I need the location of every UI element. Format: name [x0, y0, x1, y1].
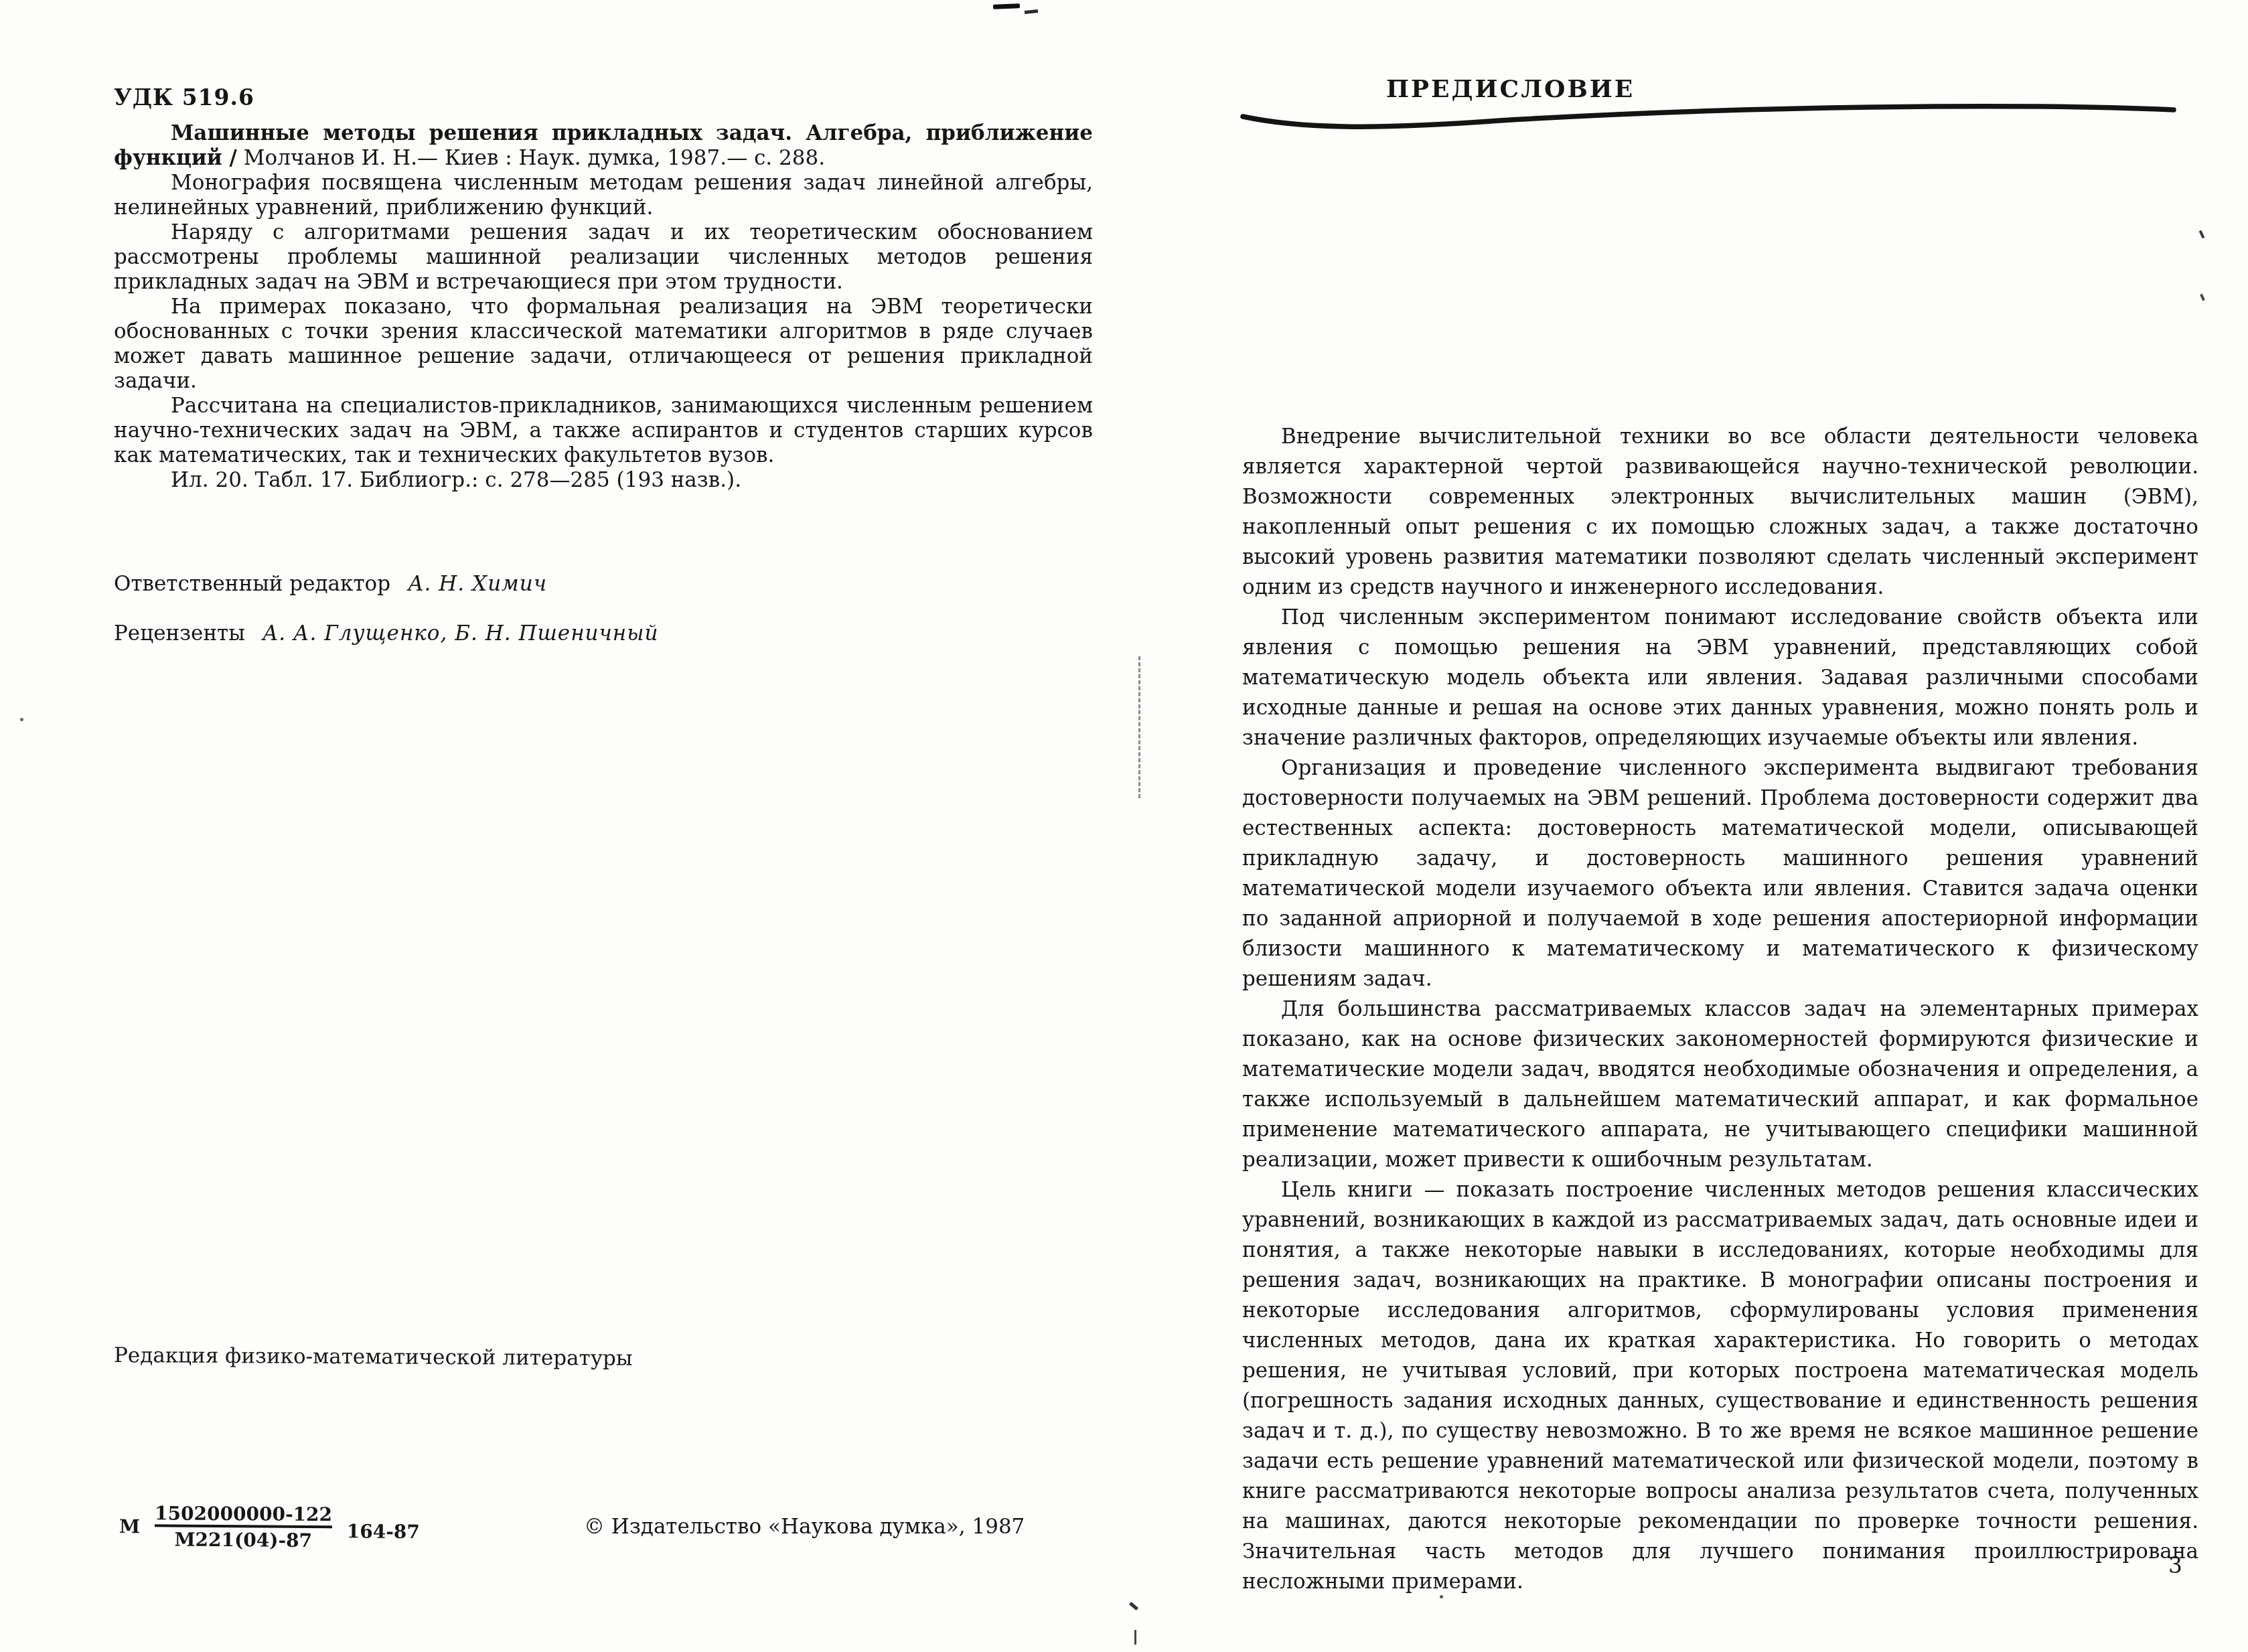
preface-paragraph: Под численным экспериментом понимают исс…: [1242, 603, 2198, 753]
scan-artifact-edge-tick: [2200, 294, 2205, 301]
imprint-fraction: 1502000000-122 М221(04)-87: [155, 1503, 332, 1552]
scan-artifact-gutter-mark: [1134, 1630, 1136, 1645]
bibliographic-record: Машинные методы решения прикладных задач…: [114, 121, 1093, 171]
annotation-paragraph: Рассчитана на специалистов-прикладников,…: [114, 394, 1093, 468]
bib-imprint-text: Молчанов И. Н.— Киев : Наук. думка, 1987…: [237, 146, 825, 170]
scan-artifact-speck: [1440, 1595, 1443, 1598]
imprint-index: М 1502000000-122 М221(04)-87 164-87: [119, 1503, 420, 1553]
bibliographic-block: Машинные методы решения прикладных задач…: [114, 121, 1093, 493]
preface-paragraph: Внедрение вычислительной техники во все …: [1242, 422, 2198, 603]
imprint-code: 164-87: [347, 1521, 420, 1544]
imprint-numerator: 1502000000-122: [155, 1503, 332, 1525]
scan-artifact-top-dash: [1025, 9, 1038, 14]
scan-artifact-top-dash: [993, 3, 1020, 9]
preface-paragraph: Организация и проведение численного эксп…: [1242, 753, 2198, 994]
preface-paragraph: Для большинства рассматриваемых классов …: [1242, 994, 2198, 1175]
imprint-letter: М: [119, 1515, 140, 1537]
scan-artifact-gutter-line: [1138, 656, 1140, 798]
reviewers-names: А. А. Глущенко, Б. Н. Пшеничный: [263, 621, 659, 646]
reviewers-label: Рецензенты: [114, 621, 245, 646]
reviewers-line: РецензентыА. А. Глущенко, Б. Н. Пшеничны…: [114, 621, 658, 646]
annotation-paragraph: Монография посвящена численным методам р…: [114, 171, 1093, 220]
annotation-paragraph: На примерах показано, что формальная реа…: [114, 295, 1093, 394]
editor-name: А. Н. Химич: [408, 572, 547, 596]
preface-title: ПРЕДИСЛОВИЕ: [1386, 75, 1635, 103]
annotation-paragraph: Наряду с алгоритмами решения задач и их …: [114, 220, 1093, 295]
preface-paragraph: Цель книги — показать построение численн…: [1242, 1175, 2198, 1597]
copyright-line: © Издательство «Наукова думка», 1987: [584, 1515, 1025, 1539]
annotation-stats-line: Ил. 20. Табл. 17. Библиогр.: с. 278—285 …: [114, 468, 1093, 493]
editor-label: Ответственный редактор: [114, 572, 390, 596]
scan-artifact-speck: [1075, 336, 1079, 339]
udk-number: УДК 519.6: [114, 84, 254, 110]
redaction-line: Редакция физико-математической литератур…: [114, 1343, 633, 1371]
imprint-denominator: М221(04)-87: [155, 1525, 332, 1552]
scan-artifact-speck: [20, 718, 23, 721]
title-rule: [1239, 100, 2179, 131]
scan-artifact-edge-tick: [2199, 230, 2205, 239]
preface-body: Внедрение вычислительной техники во все …: [1242, 422, 2198, 1597]
scan-artifact-gutter-mark: [1129, 1602, 1138, 1610]
responsible-editor-line: Ответственный редакторА. Н. Химич: [114, 572, 547, 596]
page-number: 3: [2168, 1552, 2182, 1578]
book-spread-scan: УДК 519.6 Машинные методы решения прикла…: [0, 0, 2248, 1652]
